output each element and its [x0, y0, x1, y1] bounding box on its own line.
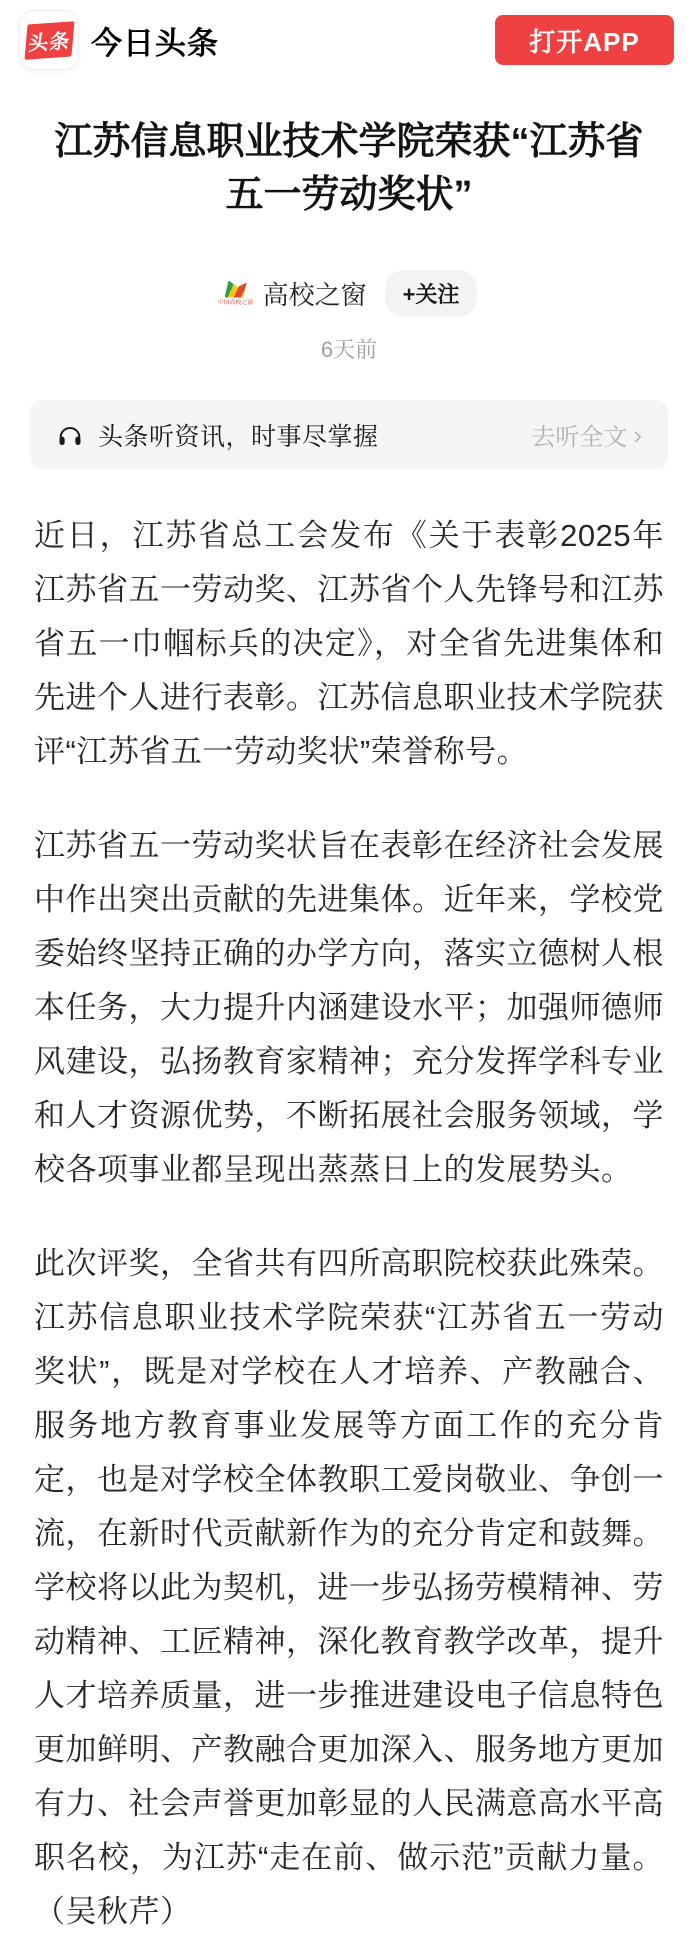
- article-paragraph: 此次评奖，全省共有四所高职院校获此殊荣。江苏信息职业技术学院荣获“江苏省五一劳动…: [34, 1237, 664, 1939]
- app-name: 今日头条: [91, 18, 219, 63]
- app-header: 头条 今日头条 打开APP: [0, 0, 698, 80]
- toutiao-logo-red-badge: 头条: [24, 21, 74, 60]
- author-row: 中国高校之窗 高校之窗 +关注: [0, 270, 698, 317]
- headphones-icon: [56, 421, 84, 449]
- article-paragraph: 近日，江苏省总工会发布《关于表彰2025年江苏省五一劳动奖、江苏省个人先锋号和江…: [34, 509, 664, 779]
- article-paragraph: 江苏省五一劳动奖状旨在表彰在经济社会发展中作出突出贡献的先进集体。近年来，学校党…: [34, 819, 664, 1197]
- author-name[interactable]: 高校之窗: [263, 275, 367, 312]
- author-avatar[interactable]: 中国高校之窗: [221, 278, 251, 310]
- follow-button[interactable]: +关注: [385, 270, 478, 317]
- author-avatar-caption: 中国高校之窗: [218, 298, 253, 306]
- toutiao-logo-text: 头条: [27, 24, 72, 56]
- toutiao-logo-icon: 头条: [20, 11, 78, 69]
- chevron-right-icon: ›: [633, 422, 642, 448]
- listen-full-text-label: 去听全文: [531, 417, 627, 452]
- article-title: 江苏信息职业技术学院荣获“江苏省五一劳动奖状”: [44, 116, 654, 222]
- audio-banner-text: 头条听资讯，时事尽掌握: [98, 417, 379, 453]
- publish-time: 6天前: [0, 333, 698, 364]
- listen-full-text-link[interactable]: 去听全文 ›: [531, 417, 642, 452]
- author-avatar-logo-icon: [225, 281, 247, 298]
- open-app-button[interactable]: 打开APP: [495, 15, 674, 65]
- toutiao-brand[interactable]: 头条 今日头条: [20, 11, 219, 69]
- audio-banner[interactable]: 头条听资讯，时事尽掌握 去听全文 ›: [30, 400, 668, 469]
- article-body: 近日，江苏省总工会发布《关于表彰2025年江苏省五一劳动奖、江苏省个人先锋号和江…: [34, 509, 664, 1939]
